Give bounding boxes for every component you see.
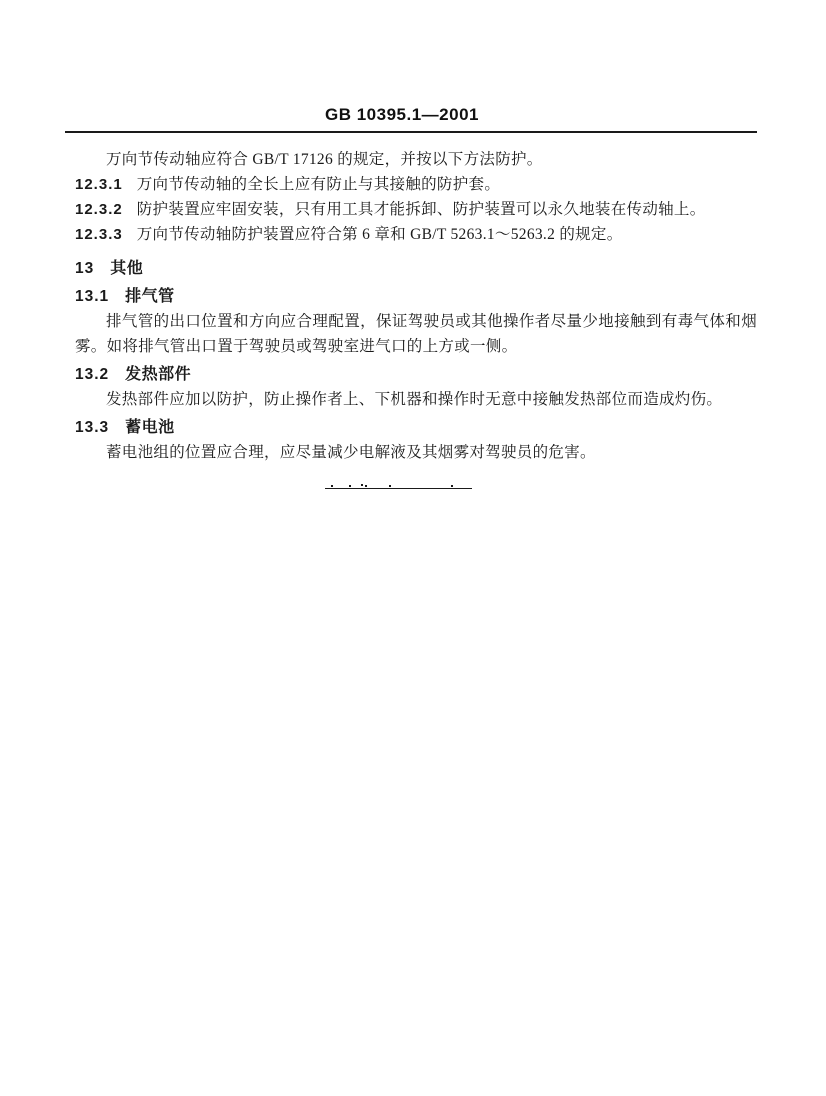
section-13-2-heading: 13.2发热部件 bbox=[75, 363, 757, 387]
clause-number: 12.3.3 bbox=[75, 226, 123, 243]
clause-text: 万向节传动轴防护装置应符合第 6 章和 GB/T 5263.1～5263.2 的… bbox=[137, 226, 623, 243]
clause-number: 12.3.1 bbox=[75, 176, 123, 193]
section-title: 排气管 bbox=[125, 288, 175, 305]
clause-text: 防护装置应牢固安装，只有用工具才能拆卸、防护装置可以永久地装在传动轴上。 bbox=[137, 201, 706, 218]
section-number: 13.3 bbox=[75, 419, 109, 436]
section-number: 13 bbox=[75, 260, 94, 277]
section-title: 发热部件 bbox=[125, 366, 191, 383]
clause-12-3-3: 12.3.3万向节传动轴防护装置应符合第 6 章和 GB/T 5263.1～52… bbox=[75, 222, 757, 247]
section-13-3-paragraph: 蓄电池组的位置应合理，应尽量减少电解液及其烟雾对驾驶员的危害。 bbox=[75, 440, 757, 465]
section-13-2-paragraph: 发热部件应加以防护，防止操作者上、下机器和操作时无意中接触发热部位而造成灼伤。 bbox=[75, 387, 757, 412]
clause-12-3-intro-paragraph: 万向节传动轴应符合 GB/T 17126 的规定，并按以下方法防护。 bbox=[75, 147, 757, 172]
document-page: GB 10395.1—2001 万向节传动轴应符合 GB/T 17126 的规定… bbox=[0, 0, 826, 1096]
section-13-3-heading: 13.3蓄电池 bbox=[75, 416, 757, 440]
clause-text: 万向节传动轴的全长上应有防止与其接触的防护套。 bbox=[137, 176, 500, 193]
end-rule-line bbox=[325, 488, 472, 489]
section-title: 蓄电池 bbox=[125, 419, 175, 436]
section-13-1-paragraph: 排气管的出口位置和方向应合理配置，保证驾驶员或其他操作者尽量少地接触到有毒气体和… bbox=[75, 309, 757, 359]
clause-12-3-2: 12.3.2防护装置应牢固安装，只有用工具才能拆卸、防护装置可以永久地装在传动轴… bbox=[75, 197, 757, 222]
clause-number: 12.3.2 bbox=[75, 201, 123, 218]
end-of-text-rule bbox=[325, 481, 472, 489]
section-13-1-heading: 13.1排气管 bbox=[75, 285, 757, 309]
section-13-heading: 13其他 bbox=[75, 257, 757, 281]
page-content: GB 10395.1—2001 万向节传动轴应符合 GB/T 17126 的规定… bbox=[75, 104, 757, 489]
scan-noise-dots bbox=[331, 485, 333, 487]
section-number: 13.2 bbox=[75, 366, 109, 383]
section-title: 其他 bbox=[110, 260, 143, 277]
clause-12-3-1: 12.3.1万向节传动轴的全长上应有防止与其接触的防护套。 bbox=[75, 172, 757, 197]
header-rule bbox=[65, 131, 757, 133]
standard-number-header: GB 10395.1—2001 bbox=[61, 104, 743, 126]
section-number: 13.1 bbox=[75, 288, 109, 305]
